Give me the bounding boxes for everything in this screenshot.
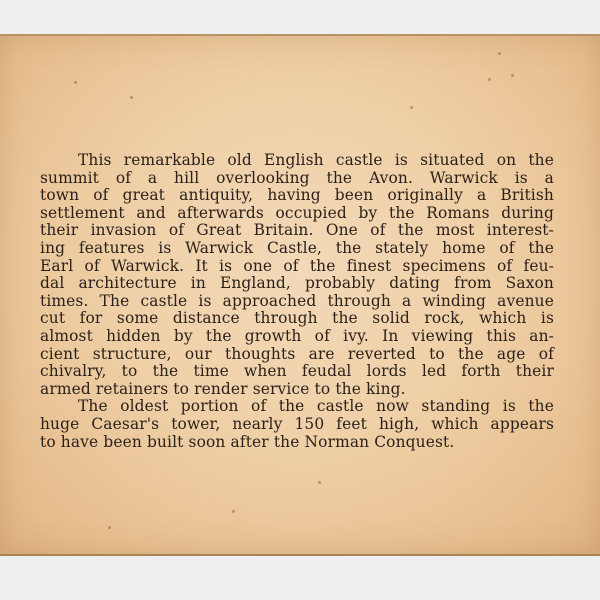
paper-speck: [318, 481, 321, 484]
paper-speck: [130, 96, 133, 99]
paper-speck: [108, 526, 111, 529]
paper-speck: [410, 106, 413, 109]
text-line: cut for some distance through the solid …: [40, 310, 554, 328]
text-line: to have been built soon after the Norman…: [40, 434, 554, 452]
text-line: Earl of Warwick. It is one of the finest…: [40, 258, 554, 276]
paper-speck: [498, 52, 501, 55]
text-line: This remarkable old English castle is si…: [40, 152, 554, 170]
paragraph-1: This remarkable old English castle is si…: [40, 152, 554, 398]
paper-speck: [488, 78, 491, 81]
text-line: dal architecture in England, probably da…: [40, 275, 554, 293]
text-line: town of great antiquity, having been ori…: [40, 187, 554, 205]
text-line: cient structure, our thoughts are revert…: [40, 346, 554, 364]
text-line: huge Caesar's tower, nearly 150 feet hig…: [40, 416, 554, 434]
paragraph-2: The oldest portion of the castle now sta…: [40, 398, 554, 451]
text-line: times. The castle is approached through …: [40, 293, 554, 311]
text-line: chivalry, to the time when feudal lords …: [40, 363, 554, 381]
text-line: their invasion of Great Britain. One of …: [40, 222, 554, 240]
text-line: armed retainers to render service to the…: [40, 381, 554, 399]
text-line: summit of a hill overlooking the Avon. W…: [40, 170, 554, 188]
document-body: This remarkable old English castle is si…: [40, 152, 554, 451]
paper-speck: [511, 74, 514, 77]
text-line: almost hidden by the growth of ivy. In v…: [40, 328, 554, 346]
text-line: ing features is Warwick Castle, the stat…: [40, 240, 554, 258]
paper-speck: [74, 81, 77, 84]
text-line: settlement and afterwards occupied by th…: [40, 205, 554, 223]
text-line: The oldest portion of the castle now sta…: [40, 398, 554, 416]
paper-speck: [232, 510, 235, 513]
